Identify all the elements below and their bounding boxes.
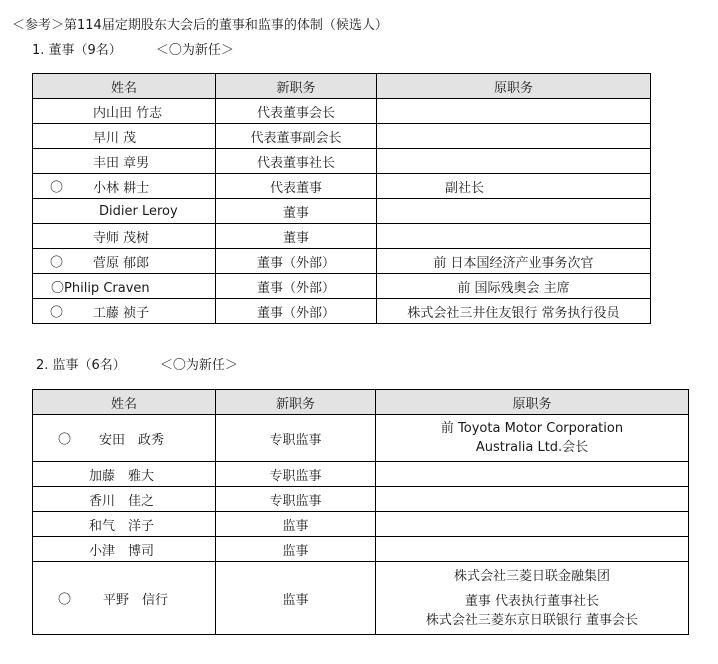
new-role-cell: 专职监事 [216,487,376,512]
table-row: 〇小林 耕士 代表董事 副社长 [33,174,651,199]
column-header-name: 姓名 [33,74,216,99]
new-role-cell: 董事（外部） [216,299,377,324]
table-row: 〇菅原 郁郎 董事（外部） 前 日本国经济产业事务次官 [33,249,651,274]
auditor-name: 加藤 雅大 [33,465,215,484]
document-title: ＜参考＞第114届定期股东大会后的董事和监事的体制（候选人） [12,14,388,33]
former-role-cell [377,199,651,224]
new-role-cell: 代表董事副会长 [216,124,377,149]
former-role-line: 前 Toyota Motor Corporation [376,419,688,438]
new-mark: 〇 [58,589,71,608]
former-role-cell: 株式会社三菱日联金融集团 董事 代表执行董事社长 株式会社三菱东京日联银行 董事… [376,562,689,635]
table-row: 加藤 雅大 专职监事 [33,462,689,487]
name-cell: 〇Philip Craven [33,274,216,299]
directors-table: 姓名 新职务 原职务 内山田 竹志 代表董事会长 早川 茂 代表董事副会长 丰田… [32,73,651,324]
former-role-line: 董事 代表执行董事社长 [376,592,688,611]
column-header-new-role: 新职务 [216,74,377,99]
new-role-cell: 专职监事 [216,415,376,462]
name-cell: 〇小林 耕士 [33,174,216,199]
table-row: 和气 洋子 监事 [33,512,689,537]
former-role-cell [377,224,651,249]
table-row: 小津 博司 监事 [33,537,689,562]
column-header-former-role: 原职务 [376,390,689,415]
name-cell: 早川 茂 [33,124,216,149]
name-cell: Didier Leroy [33,199,216,224]
directors-heading: 1. 董事（9名）＜〇为新任＞ [32,39,234,58]
former-role-cell [377,99,651,124]
new-mark: 〇 [58,429,71,448]
former-role-cell [377,124,651,149]
name-cell: 〇工藤 祯子 [33,299,216,324]
former-role-cell: 前 国际残奥会 主席 [377,274,651,299]
directors-new-note: ＜〇为新任＞ [156,43,234,58]
table-row: 香川 佳之 专职监事 [33,487,689,512]
table-row: 早川 茂 代表董事副会长 [33,124,651,149]
table-row: 〇Philip Craven 董事（外部） 前 国际残奥会 主席 [33,274,651,299]
new-role-cell: 监事 [216,562,376,635]
table-row: 〇平野 信行 监事 株式会社三菱日联金融集团 董事 代表执行董事社长 株式会社三… [33,562,689,635]
name-cell: 香川 佳之 [33,487,216,512]
former-role-line: Australia Ltd.会长 [376,438,688,457]
table-row: 内山田 竹志 代表董事会长 [33,99,651,124]
new-role-cell: 董事 [216,199,377,224]
director-name: Philip Craven [64,281,150,296]
directors-heading-label: 1. 董事（9名） [32,43,122,58]
former-role-cell: 副社长 [377,174,651,199]
director-name: 寺师 茂树 [33,227,215,246]
auditor-name: 和气 洋子 [33,515,215,534]
former-role-cell: 前 Toyota Motor Corporation Australia Ltd… [376,415,689,462]
new-role-cell: 代表董事 [216,174,377,199]
former-role-line: 株式会社三菱东京日联银行 董事会长 [376,611,688,630]
new-role-cell: 监事 [216,512,376,537]
new-role-cell: 监事 [216,537,376,562]
column-header-new-role: 新职务 [216,390,376,415]
name-cell: 〇安田 政秀 [33,415,216,462]
new-mark: 〇 [51,281,64,296]
name-cell: 寺师 茂树 [33,224,216,249]
auditors-new-note: ＜〇为新任＞ [160,358,238,373]
director-name: 早川 茂 [33,127,215,146]
new-role-cell: 董事 [216,224,377,249]
new-mark: 〇 [50,302,63,321]
column-header-former-role: 原职务 [377,74,651,99]
new-role-cell: 代表董事会长 [216,99,377,124]
auditors-table: 姓名 新职务 原职务 〇安田 政秀 专职监事 前 Toyota Motor Co… [32,389,689,635]
director-name: Didier Leroy [33,204,215,219]
former-role-cell [376,512,689,537]
table-header-row: 姓名 新职务 原职务 [33,390,689,415]
new-role-cell: 董事（外部） [216,249,377,274]
former-role-cell: 前 日本国经济产业事务次官 [377,249,651,274]
director-name-with-mark: 〇Philip Craven [33,277,215,296]
auditor-name: 香川 佳之 [33,490,215,509]
name-cell: 内山田 竹志 [33,99,216,124]
auditors-heading-label: 2. 监事（6名） [36,358,126,373]
table-row: 丰田 章男 代表董事社长 [33,149,651,174]
former-role-cell: 株式会社三井住友银行 常务执行役员 [377,299,651,324]
new-mark: 〇 [50,252,63,271]
table-row: 〇安田 政秀 专职监事 前 Toyota Motor Corporation A… [33,415,689,462]
new-role-cell: 董事（外部） [216,274,377,299]
former-role-cell [376,462,689,487]
name-cell: 〇平野 信行 [33,562,216,635]
new-mark: 〇 [50,177,63,196]
table-row: 寺师 茂树 董事 [33,224,651,249]
name-cell: 和气 洋子 [33,512,216,537]
auditor-name: 小津 博司 [33,540,215,559]
name-cell: 加藤 雅大 [33,462,216,487]
name-cell: 丰田 章男 [33,149,216,174]
former-role-cell [376,487,689,512]
table-row: Didier Leroy 董事 [33,199,651,224]
column-header-name: 姓名 [33,390,216,415]
former-role-cell [377,149,651,174]
new-role-cell: 专职监事 [216,462,376,487]
director-name: 丰田 章男 [33,152,215,171]
former-role-line: 株式会社三菱日联金融集团 [376,567,688,586]
director-name: 内山田 竹志 [33,102,215,121]
table-row: 〇工藤 祯子 董事（外部） 株式会社三井住友银行 常务执行役员 [33,299,651,324]
name-cell: 〇菅原 郁郎 [33,249,216,274]
name-cell: 小津 博司 [33,537,216,562]
former-role-cell [376,537,689,562]
auditors-heading: 2. 监事（6名）＜〇为新任＞ [36,354,238,373]
table-header-row: 姓名 新职务 原职务 [33,74,651,99]
new-role-cell: 代表董事社长 [216,149,377,174]
